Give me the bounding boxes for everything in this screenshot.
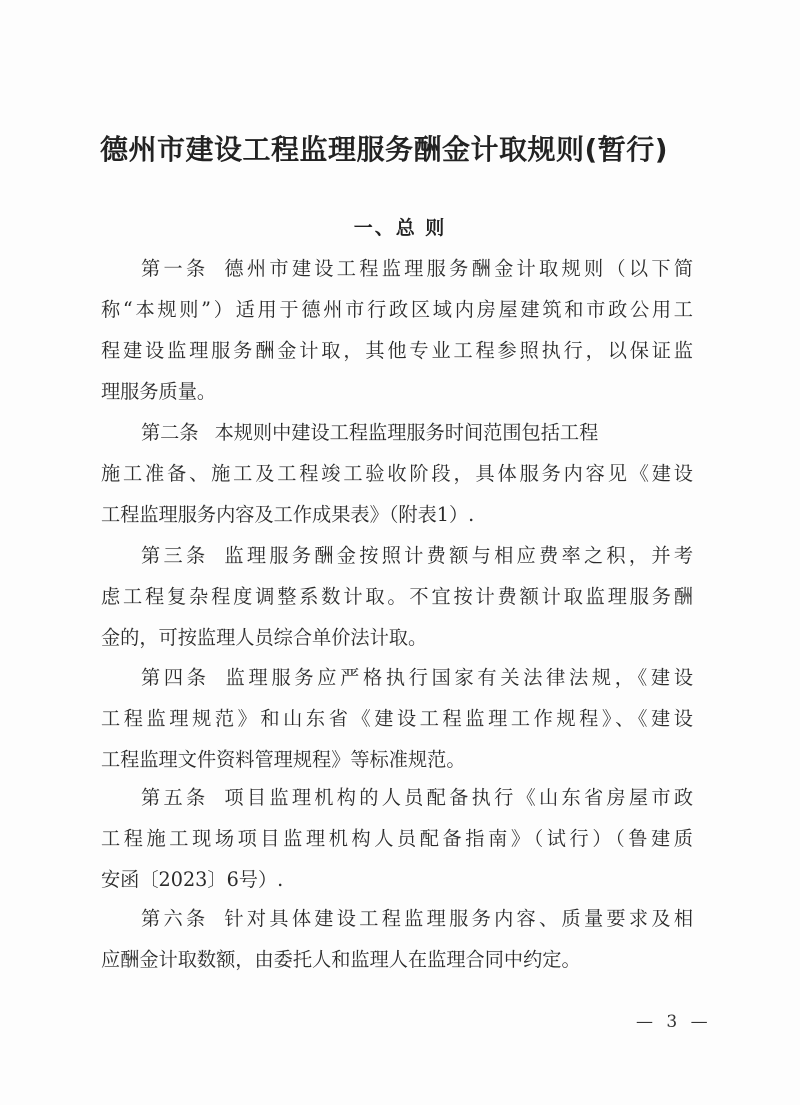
article-line: 应酬金计取数额，由委托人和监理人在监理合同中约定。 — [101, 939, 693, 980]
document-title: 德州市建设工程监理服务酬金计取规则(暂行) — [100, 128, 720, 168]
article-number: 第四条 — [141, 666, 210, 689]
article-1: 第一条德州市建设工程监理服务酬金计取规则（以下简 称“本规则”）适用于德州市行政… — [101, 248, 693, 412]
article-line: 工程监理规范》和山东省《建设工程监理工作规程》、《建设 — [101, 698, 693, 739]
article-5: 第五条项目监理机构的人员配备执行《山东省房屋市政 工程施工现场项目监理机构人员配… — [101, 777, 693, 900]
article-line: 虑工程复杂程度调整系数计取。不宜按计费额计取监理服务酬 — [101, 576, 693, 617]
article-number: 第三条 — [141, 544, 208, 567]
article-4: 第四条监理服务应严格执行国家有关法律法规，《建设 工程监理规范》和山东省《建设工… — [101, 657, 693, 780]
article-line: 第二条本规则中建设工程监理服务时间范围包括工程 — [101, 412, 693, 453]
article-line: 第三条监理服务酬金按照计费额与相应费率之积，并考 — [101, 535, 693, 576]
article-line: 理服务质量。 — [101, 371, 693, 412]
article-number: 第一条 — [141, 257, 208, 280]
article-line: 第一条德州市建设工程监理服务酬金计取规则（以下简 — [101, 248, 693, 289]
article-number: 第五条 — [141, 786, 208, 809]
article-line: 第五条项目监理机构的人员配备执行《山东省房屋市政 — [101, 777, 693, 818]
article-line: 工程监理服务内容及工作成果表》（附表1）. — [101, 494, 693, 535]
document-page: 德州市建设工程监理服务酬金计取规则(暂行) 一、总 则 第一条德州市建设工程监理… — [0, 0, 800, 1105]
article-line: 工程施工现场项目监理机构人员配备指南》（试行）（鲁建质 — [101, 818, 693, 859]
article-line: 金的，可按监理人员综合单价法计取。 — [101, 617, 693, 658]
article-line: 工程监理文件资料管理规程》等标准规范。 — [101, 739, 693, 780]
article-line: 施工准备、施工及工程竣工验收阶段，具体服务内容见《建设 — [101, 453, 693, 494]
article-line: 第四条监理服务应严格执行国家有关法律法规，《建设 — [101, 657, 693, 698]
section-heading: 一、总 则 — [0, 213, 800, 240]
article-line: 称“本规则”）适用于德州市行政区域内房屋建筑和市政公用工 — [101, 289, 693, 330]
page-number: — 3 — — [636, 1012, 712, 1032]
article-line: 安函〔2023〕6号）. — [101, 859, 693, 900]
article-line: 第六条针对具体建设工程监理服务内容、质量要求及相 — [101, 898, 693, 939]
article-3: 第三条监理服务酬金按照计费额与相应费率之积，并考 虑工程复杂程度调整系数计取。不… — [101, 535, 693, 658]
article-number: 第二条 — [141, 421, 199, 444]
article-line: 程建设监理服务酬金计取，其他专业工程参照执行，以保证监 — [101, 330, 693, 371]
article-2: 第二条本规则中建设工程监理服务时间范围包括工程 施工准备、施工及工程竣工验收阶段… — [101, 412, 693, 535]
article-number: 第六条 — [141, 907, 208, 930]
article-6: 第六条针对具体建设工程监理服务内容、质量要求及相 应酬金计取数额，由委托人和监理… — [101, 898, 693, 980]
